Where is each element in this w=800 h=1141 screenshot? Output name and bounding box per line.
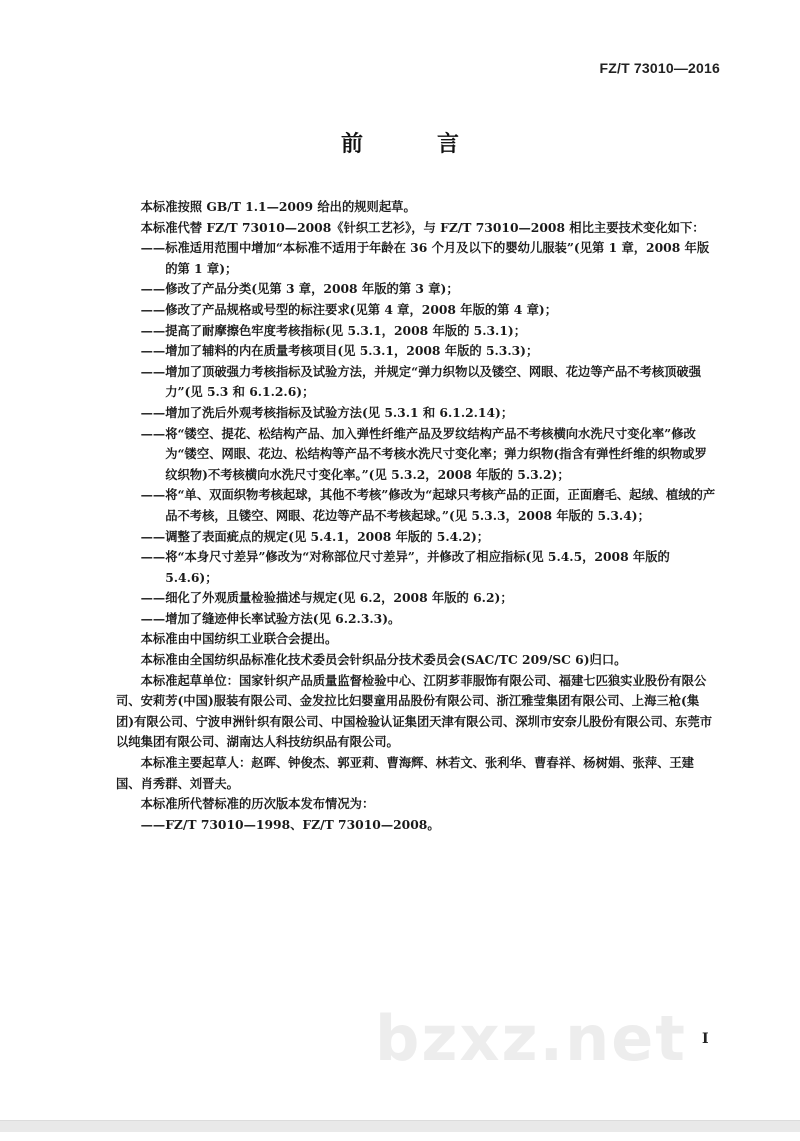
list-item: ——标准适用范围中增加“本标准不适用于年龄在 36 个月及以下的婴幼儿服装”(见… [116,238,716,279]
list-item-text: 将“本身尺寸差异”修改为“对称部位尺寸差异”，并修改了相应指标(见 5.4.5，… [165,549,670,585]
document-page: FZ/T 73010—2016 前 言 本标准按照 GB/T 1.1—2009 … [0,0,800,1120]
standard-code: FZ/T 73010—2016 [599,60,720,76]
list-item: ——调整了表面疵点的规定(见 5.4.1，2008 年版的 5.4.2)； [116,527,716,548]
dash-marker: —— [141,279,166,300]
list-item-text: 增加了洗后外观考核指标及试验方法(见 5.3.1 和 6.1.2.14)； [165,405,513,420]
list-item-text: 增加了缝迹伸长率试验方法(见 6.2.3.3)。 [165,611,400,626]
list-item-text: 将“单、双面织物考核起球，其他不考核”修改为“起球只考核产品的正面，正面磨毛、起… [165,487,715,523]
list-item: ——增加了洗后外观考核指标及试验方法(见 5.3.1 和 6.1.2.14)； [116,403,716,424]
paragraph-drafters: 本标准主要起草人：赵晖、钟俊杰、郭亚莉、曹海辉、林若文、张利华、曹春祥、杨树娟、… [116,753,716,794]
paragraph-drafting-rules: 本标准按照 GB/T 1.1—2009 给出的规则起草。 [116,197,716,218]
list-item-text: 修改了产品分类(见第 3 章，2008 年版的第 3 章)； [165,281,458,296]
dash-marker: —— [141,362,166,383]
paragraph-replaces: 本标准代替 FZ/T 73010—2008《针织工艺衫》，与 FZ/T 7301… [116,218,716,239]
watermark: bzxz.net [375,1002,687,1075]
history-item: ——FZ/T 73010—1998、FZ/T 73010—2008。 [116,815,716,836]
paragraph-history-intro: 本标准所代替标准的历次版本发布情况为： [116,794,716,815]
list-item-text: 调整了表面疵点的规定(见 5.4.1，2008 年版的 5.4.2)； [165,529,489,544]
paragraph-drafting-units: 本标准起草单位：国家针织产品质量监督检验中心、江阴芗菲服饰有限公司、福建七匹狼实… [116,671,716,753]
paragraph-proposer: 本标准由中国纺织工业联合会提出。 [116,629,716,650]
page-title: 前 言 [0,127,800,158]
list-item: ——增加了辅料的内在质量考核项目(见 5.3.1，2008 年版的 5.3.3)… [116,341,716,362]
list-item-text: 标准适用范围中增加“本标准不适用于年龄在 36 个月及以下的婴幼儿服装”(见第 … [165,240,709,276]
list-item-text: 提高了耐摩擦色牢度考核指标(见 5.3.1，2008 年版的 5.3.1)； [165,323,526,338]
history-item-text: FZ/T 73010—1998、FZ/T 73010—2008。 [165,817,439,832]
dash-marker: —— [141,547,166,568]
list-item: ——将“单、双面织物考核起球，其他不考核”修改为“起球只考核产品的正面，正面磨毛… [116,485,716,526]
foreword-body: 本标准按照 GB/T 1.1—2009 给出的规则起草。 本标准代替 FZ/T … [116,197,716,835]
list-item-text: 将“镂空、提花、松结构产品、加入弹性纤维产品及罗纹结构产品不考核横向水洗尺寸变化… [165,426,707,482]
changes-list: ——标准适用范围中增加“本标准不适用于年龄在 36 个月及以下的婴幼儿服装”(见… [116,238,716,629]
dash-marker: —— [141,485,166,506]
dash-marker: —— [141,527,166,548]
list-item: ——将“镂空、提花、松结构产品、加入弹性纤维产品及罗纹结构产品不考核横向水洗尺寸… [116,424,716,486]
dash-marker: —— [141,341,166,362]
paragraph-centralized: 本标准由全国纺织品标准化技术委员会针织品分技术委员会(SAC/TC 209/SC… [116,650,716,671]
list-item: ——提高了耐摩擦色牢度考核指标(见 5.3.1，2008 年版的 5.3.1)； [116,321,716,342]
list-item: ——增加了顶破强力考核指标及试验方法，并规定“弹力织物以及镂空、网眼、花边等产品… [116,362,716,403]
dash-marker: —— [141,300,166,321]
list-item: ——细化了外观质量检验描述与规定(见 6.2，2008 年版的 6.2)； [116,588,716,609]
list-item-text: 细化了外观质量检验描述与规定(见 6.2，2008 年版的 6.2)； [165,590,512,605]
list-item: ——修改了产品规格或号型的标注要求(见第 4 章，2008 年版的第 4 章)； [116,300,716,321]
list-item-text: 增加了辅料的内在质量考核项目(见 5.3.1，2008 年版的 5.3.3)； [165,343,538,358]
dash-marker: —— [141,609,166,630]
list-item-text: 增加了顶破强力考核指标及试验方法，并规定“弹力织物以及镂空、网眼、花边等产品不考… [165,364,701,400]
dash-marker: —— [141,238,166,259]
list-item-text: 修改了产品规格或号型的标注要求(见第 4 章，2008 年版的第 4 章)； [165,302,557,317]
list-item: ——修改了产品分类(见第 3 章，2008 年版的第 3 章)； [116,279,716,300]
page-number: I [702,1031,709,1047]
dash-marker: —— [141,403,166,424]
next-page-edge [0,1132,800,1141]
dash-marker: —— [141,424,166,445]
dash-marker: —— [141,815,166,836]
list-item: ——增加了缝迹伸长率试验方法(见 6.2.3.3)。 [116,609,716,630]
dash-marker: —— [141,588,166,609]
dash-marker: —— [141,321,166,342]
list-item: ——将“本身尺寸差异”修改为“对称部位尺寸差异”，并修改了相应指标(见 5.4.… [116,547,716,588]
